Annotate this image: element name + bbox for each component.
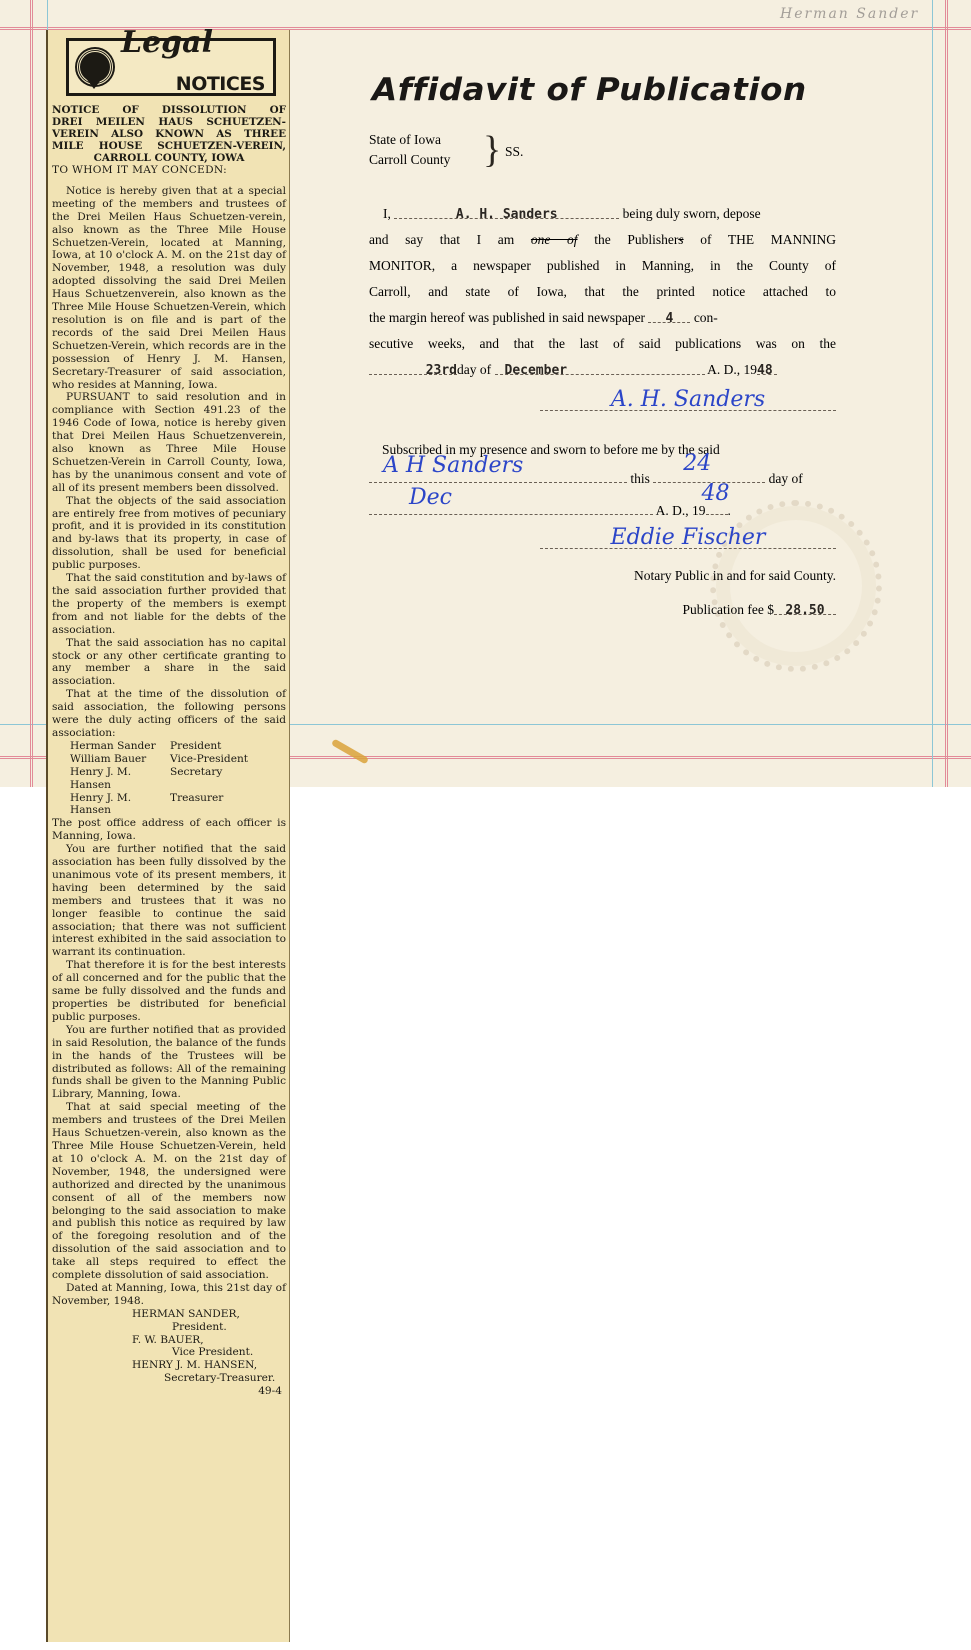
newspaper-clipping: Legal NOTICES NOTICE OF DISSOLUTION OF D… [46,30,290,1642]
brace-icon: } [483,130,501,170]
affiant-line: I, A. H. Sanders being duly sworn, depos… [369,204,836,224]
left-red-margin [30,0,33,787]
notice-paragraph: That the said constitution and by-laws o… [52,572,286,637]
signature-name: HERMAN SANDER, [132,1308,286,1321]
notice-headline-4: MILE HOUSE SCHUETZEN-VEREIN, [52,140,286,152]
publisher-line: and say that I am one of the Publishers … [369,230,836,250]
last-date-line: 23rdday of December A. D., 1948 [369,360,836,380]
dated-line: Dated at Manning, Iowa, this 21st day of… [52,1282,286,1308]
signature-title: Vice President. [172,1346,286,1359]
right-red-margin [945,0,948,787]
right-blue-margin [932,0,933,787]
sworn-name-field: A H Sanders [369,464,627,483]
fee-line: Publication fee $28.50 [369,600,836,620]
notice-paragraph: That the objects of the said association… [52,495,286,572]
signature-title: President. [172,1321,286,1334]
notice-paragraph: That the said association has no capital… [52,637,286,689]
signature-title: Secretary-Treasurer. [164,1372,286,1385]
last-day-field: 23rd [369,360,457,375]
affiant-name-field: A. H. Sanders [394,204,619,219]
run-tag: 49-4 [52,1385,286,1398]
notice-paragraph: The post office address of each officer … [52,817,286,843]
salutation: TO WHOM IT MAY CONCEDN: [52,164,286,177]
last-year-field: 48 [757,360,777,375]
affidavit-title: Affidavit of Publication [372,72,807,108]
notary-signature: Eddie Fischer [611,525,766,550]
sworn-year-field: 48 [706,496,728,515]
notary-signature-line: Eddie Fischer [540,528,836,549]
weeks-line: the margin hereof was published in said … [369,308,836,328]
affiant-signature-line: A. H. Sanders [540,390,836,411]
notice-paragraph: You are further notified that as provide… [52,1024,286,1101]
notary-caption: Notary Public in and for said County. [369,566,836,586]
notice-paragraph: That at said special meeting of the memb… [52,1101,286,1282]
notice-paragraph: You are further notified that the said a… [52,843,286,959]
signature-name: F. W. BAUER, [132,1334,286,1347]
sworn-month-field: Dec [369,496,653,515]
last-month-field: December [495,360,705,375]
fee-field: 28.50 [774,600,836,615]
notice-paragraph: That therefore it is for the best intere… [52,959,286,1024]
officer-row: Henry J. M. HansenTreasurer [70,792,286,818]
signature-name: HENRY J. M. HANSEN, [132,1359,286,1372]
notice-headline-1: NOTICE OF DISSOLUTION OF [52,104,286,116]
notice-headline-2: DREI MEILEN HAUS SCHUETZEN- [52,116,286,128]
legal-notices-banner: Legal NOTICES [66,38,276,96]
stain-mark [331,738,369,764]
notice-headline-3: VEREIN ALSO KNOWN AS THREE [52,128,286,140]
notice-county: CARROLL COUNTY, IOWA [52,152,286,164]
officer-row: Herman SanderPresident [70,740,286,753]
notice-paragraph: PURSUANT to said resolution and in compl… [52,391,286,494]
venue-state: State of Iowa [369,130,450,150]
sworn-date-line: Dec A. D., 1948. [369,496,836,521]
newspaper-line: MONITOR, a newspaper published in Mannin… [369,256,836,276]
venue-ss: SS. [505,144,523,160]
affiant-signature: A. H. Sanders [611,387,765,412]
venue-block: State of Iowa Carroll County [369,130,450,170]
officer-row: William BauerVice-President [70,753,286,766]
officers-list: Herman SanderPresident William BauerVice… [70,740,286,817]
notice-paragraph: Notice is hereby given that at a special… [52,185,286,392]
notice-paragraph: That at the time of the dissolution of s… [52,688,286,740]
venue-county: Carroll County [369,150,450,170]
last-publication-line: secutive weeks, and that the last of sai… [369,334,836,354]
officer-row: Henry J. M. HansenSecretary [70,766,286,792]
pencil-annotation: Herman Sander [780,6,919,22]
weeks-field: 4 [648,308,690,323]
struck-text: one of [531,232,578,247]
notice-line: Carroll, and state of Iowa, that the pri… [369,282,836,302]
